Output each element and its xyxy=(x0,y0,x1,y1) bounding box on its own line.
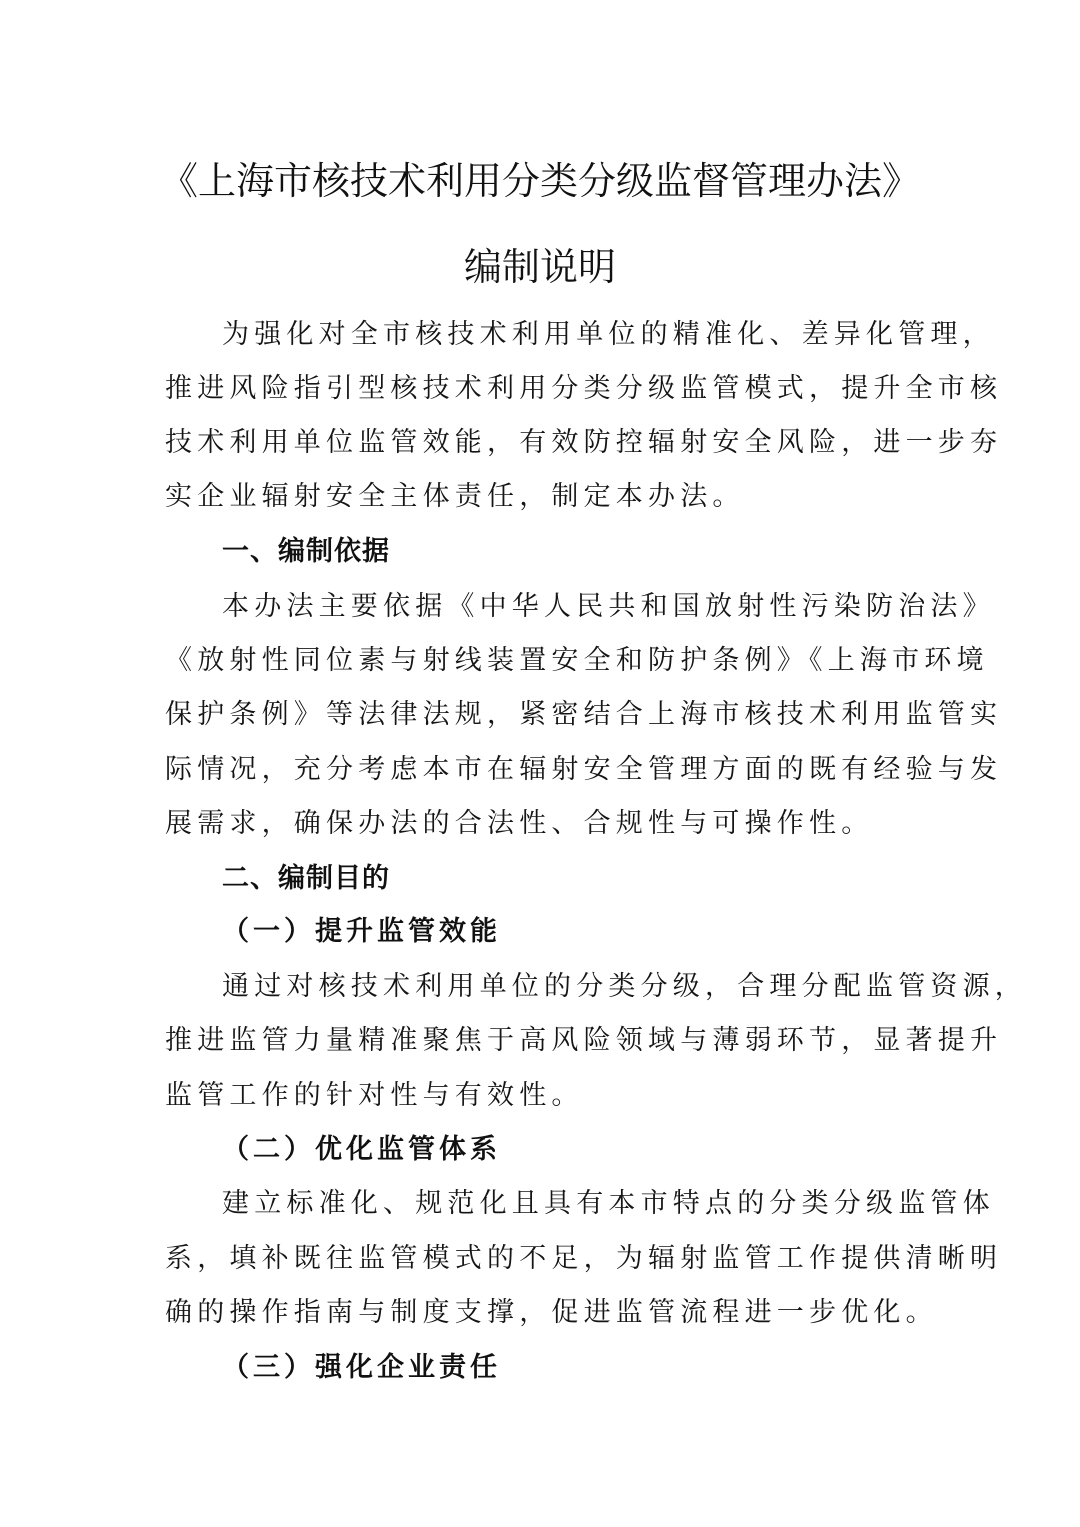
paragraph-line: 展需求，确保办法的合法性、合规性与可操作性。 xyxy=(165,807,925,841)
paragraph-line: 技术利用单位监管效能，有效防控辐射安全风险，进一步夯 xyxy=(165,426,925,460)
paragraph-line: 为强化对全市核技术利用单位的精准化、差异化管理， xyxy=(222,318,982,352)
paragraph-line: 实企业辐射安全主体责任，制定本办法。 xyxy=(165,480,925,514)
paragraph-line: 保护条例》等法律法规，紧密结合上海市核技术利用监管实 xyxy=(165,698,925,732)
paragraph-line: 本办法主要依据《中华人民共和国放射性污染防治法》 xyxy=(222,590,982,624)
section-heading-basis: 一、编制依据 xyxy=(222,535,390,569)
subsection-heading-responsibility: （三）强化企业责任 xyxy=(222,1351,501,1385)
document-subtitle: 编制说明 xyxy=(0,236,1080,291)
subsection-heading-efficiency: （一）提升监管效能 xyxy=(222,915,501,949)
paragraph-line: 建立标准化、规范化且具有本市特点的分类分级监管体 xyxy=(222,1187,982,1221)
paragraph-line: 确的操作指南与制度支撑，促进监管流程进一步优化。 xyxy=(165,1296,925,1330)
paragraph-line: 系，填补既往监管模式的不足，为辐射监管工作提供清晰明 xyxy=(165,1242,925,1276)
paragraph-line: 《放射性同位素与射线装置安全和防护条例》《上海市环境 xyxy=(165,644,925,678)
section-heading-purpose: 二、编制目的 xyxy=(222,862,390,896)
paragraph-line: 推进风险指引型核技术利用分类分级监管模式，提升全市核 xyxy=(165,372,925,406)
paragraph-line: 推进监管力量精准聚焦于高风险领域与薄弱环节，显著提升 xyxy=(165,1024,925,1058)
document-title: 《上海市核技术利用分类分级监督管理办法》 xyxy=(0,150,1080,205)
document-page: 《上海市核技术利用分类分级监督管理办法》 编制说明 为强化对全市核技术利用单位的… xyxy=(0,0,1080,1527)
paragraph-line: 监管工作的针对性与有效性。 xyxy=(165,1079,925,1113)
subsection-heading-system: （二）优化监管体系 xyxy=(222,1133,501,1167)
paragraph-line: 通过对核技术利用单位的分类分级，合理分配监管资源， xyxy=(222,970,982,1004)
paragraph-line: 际情况，充分考虑本市在辐射安全管理方面的既有经验与发 xyxy=(165,753,925,787)
